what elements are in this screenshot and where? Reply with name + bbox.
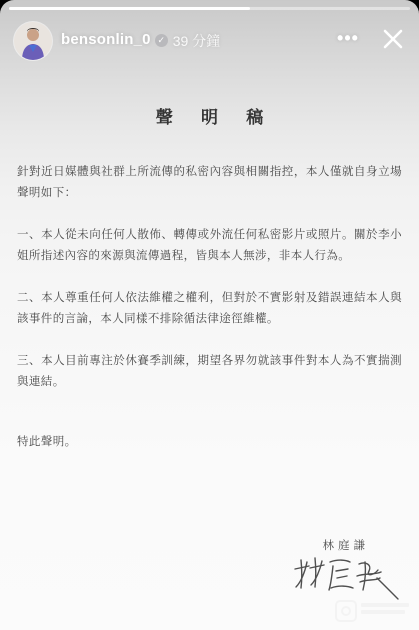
watermark (335, 600, 411, 622)
more-options-icon[interactable]: ••• (333, 30, 363, 50)
statement-closing: 特此聲明。 (17, 432, 402, 453)
statement-item-3: 三、本人目前專注於休賽季訓練，期望各界勿就該事件對本人為不實揣測與連結。 (17, 351, 402, 392)
statement-item-2: 二、本人尊重任何人依法維權之權利，但對於不實影射及錯誤連結本人與該事件的言論，本… (17, 288, 402, 329)
statement-intro: 針對近日媒體與社群上所流傳的私密內容與相關指控，本人僅就自身立場聲明如下： (17, 162, 402, 203)
close-icon[interactable] (380, 26, 406, 52)
story-progress-fill (9, 7, 250, 10)
statement-document: 聲 明 稿 針對近日媒體與社群上所流傳的私密內容與相關指控，本人僅就自身立場聲明… (0, 0, 419, 630)
avatar[interactable] (14, 22, 52, 60)
story-progress-bar (9, 7, 410, 10)
story-card[interactable]: 聲 明 稿 針對近日媒體與社群上所流傳的私密內容與相關指控，本人僅就自身立場聲明… (0, 0, 419, 630)
story-viewer: 聲 明 稿 針對近日媒體與社群上所流傳的私密內容與相關指控，本人僅就自身立場聲明… (0, 0, 419, 630)
story-timestamp: 39 分鐘 (173, 31, 220, 51)
statement-item-1: 一、本人從未向任何人散佈、轉傳或外流任何私密影片或照片。關於李小姐所指述內容的來… (17, 225, 402, 266)
avatar-image (14, 22, 52, 60)
username[interactable]: bensonlin_0 (61, 31, 151, 48)
story-header: bensonlin_0 ✓ 39 分鐘 ••• (0, 18, 419, 62)
handwritten-signature (293, 550, 399, 602)
verified-badge-icon: ✓ (155, 34, 168, 47)
instagram-camera-icon (335, 600, 357, 622)
document-title: 聲 明 稿 (0, 103, 419, 128)
watermark-text-blur (361, 603, 409, 617)
